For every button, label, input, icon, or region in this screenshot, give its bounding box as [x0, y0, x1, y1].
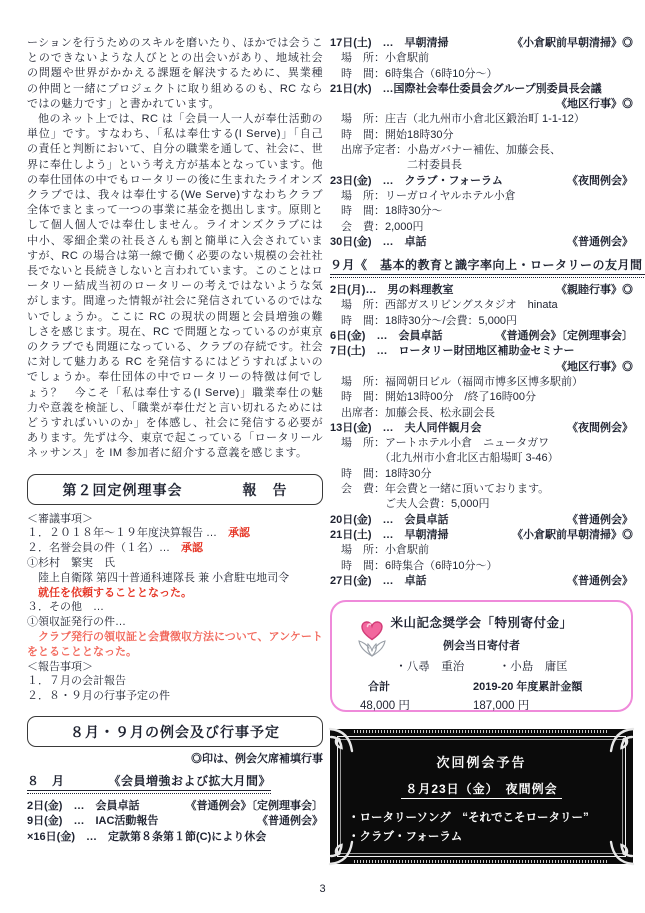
- right-column: 17日(土) … 早朝清掃《小倉駅前早朝清掃》◎ 場 所：小倉駅前 時 間：6時…: [330, 36, 633, 864]
- schedule-row: 9日(金) … IAC活動報告《普通例会》: [27, 814, 323, 829]
- september-schedule: 2日(月)… 男の料理教室《親睦行事》◎ 場 所：西部ガスリビングスタジオ hi…: [330, 283, 633, 589]
- board-report-box: 第２回定例理事会 報 告: [27, 474, 323, 505]
- board-item: クラブ発行の領収証と会費徴収方法について、アンケートをとることとなった。: [27, 630, 323, 660]
- schedule-row: 30日(金) … 卓話《普通例会》: [330, 235, 633, 250]
- corner-flourish-icon: [328, 727, 354, 753]
- schedule-row: 時 間：開始13時00分 /終了16時00分: [330, 390, 633, 405]
- board-item: ＜報告事項＞: [27, 660, 323, 675]
- schedule-row: 会 費：2,000円: [330, 220, 633, 235]
- schedule-row: （北九州市小倉北区古船場町 3-46）: [330, 451, 633, 466]
- board-item: ３．その他 …: [27, 600, 323, 615]
- schedule-row: 場 所：西部ガスリビングスタジオ hinata: [330, 298, 633, 313]
- schedule-row: 時 間：6時集合（6時10分～）: [330, 67, 633, 82]
- board-report-list: ＜審議事項＞１．２０１８年～１９年度決算報告 … 承認２．名誉会員の件（１名）……: [27, 512, 323, 704]
- left-column: ーションを行うためのスキルを磨いたり、ほかでは会うことのできないような人びととの…: [27, 36, 323, 845]
- schedule-row: 17日(土) … 早朝清掃《小倉駅前早朝清掃》◎: [330, 36, 633, 51]
- august-schedule: 2日(金) … 会員卓話《普通例会》〔定例理事会〕9日(金) … IAC活動報告…: [27, 799, 323, 845]
- cumulative-amount: 187,000 円: [473, 697, 529, 713]
- next-meeting-date: ８月23日（金） 夜間例会: [330, 780, 633, 797]
- schedule-row: 場 所：リーガロイヤルホテル小倉: [330, 189, 633, 204]
- schedule-row: ご夫人会費：5,000円: [330, 497, 633, 512]
- newsletter-page: ーションを行うためのスキルを磨いたり、ほかでは会うことのできないような人びととの…: [0, 0, 645, 913]
- schedule-row: 会 費：年会費と一緒に頂いております。: [330, 482, 633, 497]
- hatch-border-bottom: [354, 860, 609, 863]
- board-item: ①領収証発行の件…: [27, 615, 323, 630]
- schedule-row: 時 間：開始18時30分: [330, 128, 633, 143]
- list-item: ・ロータリーソング “それでこそロータリー”: [348, 809, 633, 828]
- next-meeting-title: 次回例会予告: [330, 729, 633, 771]
- body-paragraph: 他のネット上では、RC は「会員一人一人が奉仕活動の単位」です。すなわち、「私は…: [27, 112, 323, 462]
- schedule-row: 6日(金) … 会員卓話《普通例会》〔定例理事会〕: [330, 329, 633, 344]
- schedule-row: 場 所：庄吉（北九州市小倉北区鍛治町 1-1-12）: [330, 112, 633, 127]
- august-schedule-continued: 17日(土) … 早朝清掃《小倉駅前早朝清掃》◎ 場 所：小倉駅前 時 間：6時…: [330, 36, 633, 250]
- schedule-row: 《地区行事》◎: [330, 97, 633, 112]
- schedule-row: 時 間：18時30分～/会費：5,000円: [330, 314, 633, 329]
- yoneyama-amounts: 48,000 円 187,000 円: [360, 697, 631, 713]
- events-box: ８月・９月の例会及び行事予定: [27, 716, 323, 747]
- schedule-row: 27日(金) … 卓話《普通例会》: [330, 574, 633, 589]
- schedule-row: 時 間：6時集合（6時10分～）: [330, 559, 633, 574]
- next-meeting-program: ・ロータリーソング “それでこそロータリー”・クラブ・フォーラム: [348, 809, 633, 847]
- events-box-title: ８月・９月の例会及び行事予定: [32, 722, 318, 742]
- hatch-border-top: [354, 730, 609, 733]
- legend-note: ◎印は、例会欠席補填行事: [27, 750, 323, 766]
- schedule-row: 場 所：小倉駅前: [330, 543, 633, 558]
- yoneyama-donors: ・八尋 重治 ・小島 庸匡: [332, 658, 631, 674]
- board-item: ①杉村 繁実 氏: [27, 556, 323, 571]
- board-item: 陸上自衛隊 第四十普通科連隊長 兼 小倉駐屯地司令: [27, 571, 323, 586]
- schedule-row: 時 間：18時30分: [330, 467, 633, 482]
- schedule-row: 13日(金) … 夫人同伴観月会《夜間例会》: [330, 421, 633, 436]
- schedule-row: 《地区行事》◎: [330, 360, 633, 375]
- page-number: 3: [0, 883, 645, 895]
- corner-flourish-icon: [609, 840, 635, 866]
- september-month-header: ９月《 基本的教育と識字率向上・ロータリーの友月間 》: [330, 256, 645, 275]
- board-item: ＜審議事項＞: [27, 512, 323, 527]
- board-item: ２．８・９月の行事予定の件: [27, 689, 323, 704]
- board-item: １．７月の会計報告: [27, 674, 323, 689]
- yoneyama-donation-box: 米山記念奨学会「特別寄付金」 例会当日寄付者 ・八尋 重治 ・小島 庸匡 合計 …: [330, 600, 633, 712]
- schedule-row: 21日(土) … 早朝清掃《小倉駅前早朝清掃》◎: [330, 528, 633, 543]
- cumulative-label: 2019-20 年度累計金額: [473, 678, 582, 694]
- schedule-row: ×16日(金) … 定款第８条第１節(C)により休会: [27, 830, 323, 845]
- schedule-row: 23日(金) … クラブ・フォーラム《夜間例会》: [330, 174, 633, 189]
- schedule-row: 2日(金) … 会員卓話《普通例会》〔定例理事会〕: [27, 799, 323, 814]
- schedule-row: 出席予定者：小島ガバナー補佐、加藤会長、: [330, 143, 633, 158]
- total-label: 合計: [368, 678, 473, 694]
- board-item: １．２０１８年～１９年度決算報告 … 承認: [27, 526, 323, 541]
- yoneyama-amount-headers: 合計 2019-20 年度累計金額: [368, 678, 631, 694]
- body-paragraph: ーションを行うためのスキルを磨いたり、ほかでは会うことのできないような人びととの…: [27, 36, 323, 112]
- schedule-row: 二村委員長: [330, 158, 633, 173]
- schedule-row: 出席者：加藤会長、松永副会長: [330, 406, 633, 421]
- total-amount: 48,000 円: [360, 697, 473, 713]
- schedule-row: 7日(土) … ロータリー財団地区補助金セミナー: [330, 344, 633, 359]
- corner-flourish-icon: [609, 727, 635, 753]
- board-item: 就任を依頼することとなった。: [27, 586, 323, 601]
- next-meeting-box: 次回例会予告 ８月23日（金） 夜間例会 ・ロータリーソング “それでこそロータ…: [330, 729, 633, 864]
- schedule-row: 20日(金) … 会員卓話《普通例会》: [330, 513, 633, 528]
- schedule-row: 時 間：18時30分～: [330, 204, 633, 219]
- schedule-row: 場 所：小倉駅前: [330, 51, 633, 66]
- heart-in-hands-icon: [354, 614, 390, 658]
- august-month-header: ８ 月 《会員増強および拡大月間》: [27, 772, 271, 791]
- corner-flourish-icon: [328, 840, 354, 866]
- board-report-title: 第２回定例理事会 報 告: [32, 480, 318, 500]
- board-item: ２．名誉会員の件（１名）… 承認: [27, 541, 323, 556]
- schedule-row: 21日(水) …国際社会奉仕委員会グループ別委員長会議: [330, 82, 633, 97]
- schedule-row: 2日(月)… 男の料理教室《親睦行事》◎: [330, 283, 633, 298]
- list-item: ・クラブ・フォーラム: [348, 828, 633, 847]
- schedule-row: 場 所：福岡朝日ビル（福岡市博多区博多駅前）: [330, 375, 633, 390]
- schedule-row: 場 所：アートホテル小倉 ニュータガワ: [330, 436, 633, 451]
